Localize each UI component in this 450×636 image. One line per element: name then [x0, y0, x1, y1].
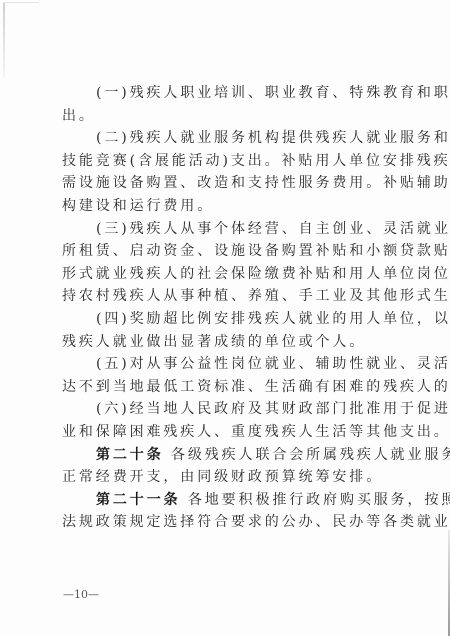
scan-edge-left [3, 2, 5, 77]
text-line: 技能竞赛(含展能活动)支出。补贴用人单位安排残疾人就业所 [62, 150, 388, 173]
text-line: 正常经费开支，由同级财政预算统筹安排。 [62, 466, 388, 489]
text-line: (六)经当地人民政府及其财政部门批准用于促进残疾人就 [62, 398, 388, 421]
paragraph-item-2: (二)残疾人就业服务机构提供残疾人就业服务和组织职业 技能竞赛(含展能活动)支出… [62, 127, 388, 217]
article-text: 各级残疾人联合会所属残疾人就业服务机构的 [164, 447, 450, 463]
paragraph-item-6: (六)经当地人民政府及其财政部门批准用于促进残疾人就 业和保障困难残疾人、重度残… [62, 398, 388, 443]
scan-edge-top [3, 2, 39, 3]
text-line: 形式就业残疾人的社会保险缴费补贴和用人单位岗位补贴。扶 [62, 263, 388, 286]
text-line: (二)残疾人就业服务机构提供残疾人就业服务和组织职业 [62, 127, 388, 150]
paragraph-item-4: (四)奖励超比例安排残疾人就业的用人单位，以及为安排 残疾人就业做出显著成绩的单… [62, 308, 388, 353]
article-20: 第二十条 各级残疾人联合会所属残疾人就业服务机构的 正常经费开支，由同级财政预算… [62, 444, 388, 489]
paragraph-item-5: (五)对从事公益性岗位就业、辅助性就业、灵活就业，收入 达不到当地最低工资标准、… [62, 353, 388, 398]
text-line: 出。 [62, 105, 388, 128]
text-line: (五)对从事公益性岗位就业、辅助性就业、灵活就业，收入 [62, 353, 388, 376]
text-line: 业和保障困难残疾人、重度残疾人生活等其他支出。 [62, 421, 388, 444]
text-line: 持农村残疾人从事种植、养殖、手工业及其他形式生产劳动。 [62, 285, 388, 308]
text-line: (三)残疾人从事个体经营、自主创业、灵活就业的经营场 [62, 218, 388, 241]
text-line: (一)残疾人职业培训、职业教育、特殊教育和职业康复支 [62, 82, 388, 105]
text-line: 法规政策规定选择符合要求的公办、民办等各类就业服务机构， [62, 511, 388, 534]
text-line: 所租赁、启动资金、设施设备购置补贴和小额贷款贴息。各种 [62, 240, 388, 263]
article-21: 第二十一条 各地要积极推行政府购买服务，按照政府采购 法规政策规定选择符合要求的… [62, 489, 388, 534]
paragraph-item-3: (三)残疾人从事个体经营、自主创业、灵活就业的经营场 所租赁、启动资金、设施设备… [62, 218, 388, 308]
document-page: (一)残疾人职业培训、职业教育、特殊教育和职业康复支 出。 (二)残疾人就业服务… [0, 0, 450, 636]
text-line: (四)奖励超比例安排残疾人就业的用人单位，以及为安排 [62, 308, 388, 331]
document-body: (一)残疾人职业培训、职业教育、特殊教育和职业康复支 出。 (二)残疾人就业服务… [62, 82, 388, 534]
article-text: 各地要积极推行政府购买服务，按照政府采购 [181, 492, 450, 508]
text-line: 构建设和运行费用。 [62, 195, 388, 218]
text-line: 达不到当地最低工资标准、生活确有困难的残疾人的救济补助。 [62, 376, 388, 399]
text-line: 第二十条 各级残疾人联合会所属残疾人就业服务机构的 [62, 444, 388, 467]
page-number: —10— [63, 588, 99, 601]
text-line: 需设施设备购置、改造和支持性服务费用。补贴辅助性就业机 [62, 172, 388, 195]
text-line: 第二十一条 各地要积极推行政府购买服务，按照政府采购 [62, 489, 388, 512]
article-heading: 第二十一条 [96, 492, 181, 508]
article-heading: 第二十条 [96, 447, 164, 463]
paragraph-item-1: (一)残疾人职业培训、职业教育、特殊教育和职业康复支 出。 [62, 82, 388, 127]
text-line: 残疾人就业做出显著成绩的单位或个人。 [62, 331, 388, 354]
